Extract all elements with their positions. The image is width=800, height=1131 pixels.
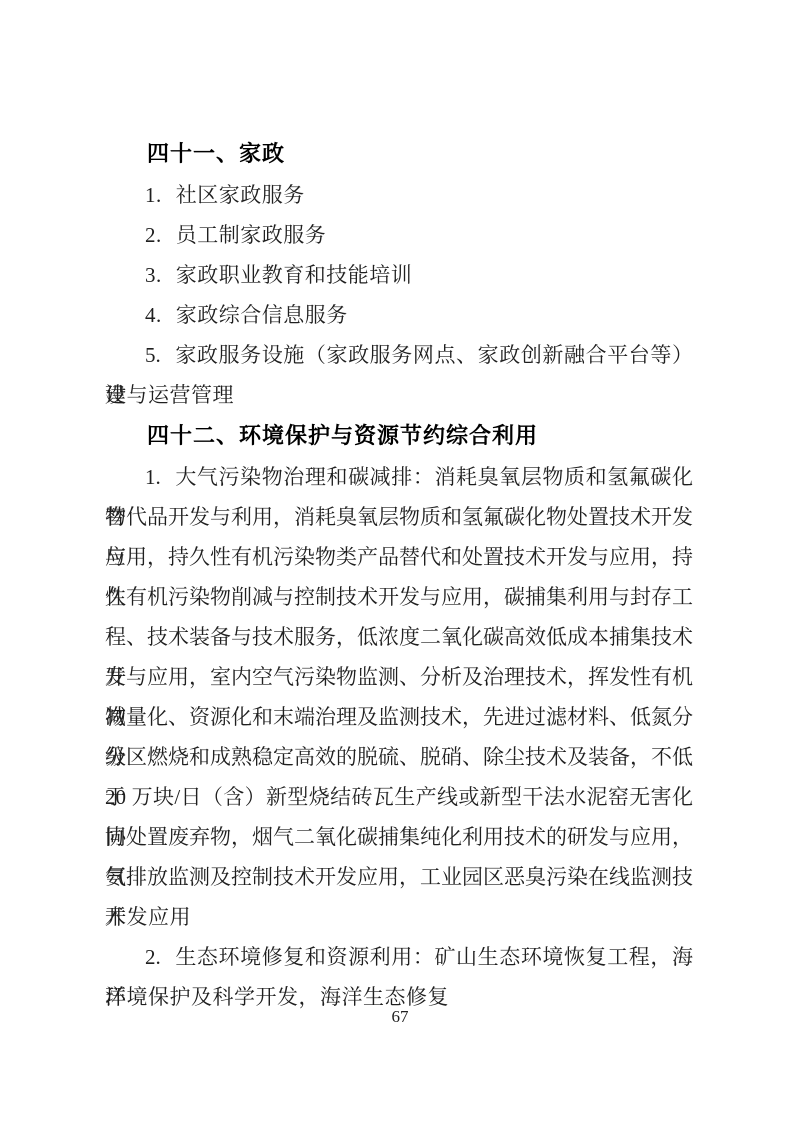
text-block: 四十一、家政 1.社区家政服务 2.员工制家政服务 3.家政职业教育和技能培训 … bbox=[105, 133, 693, 1017]
list-item-continuation: 气排放监测及控制技术开发应用，工业园区恶臭污染在线监测技术 bbox=[105, 857, 693, 897]
page-number: 67 bbox=[0, 1005, 800, 1029]
item-number: 1. bbox=[145, 465, 161, 489]
list-item: 2.员工制家政服务 bbox=[105, 215, 693, 255]
item-text: 员工制家政服务 bbox=[176, 223, 327, 247]
list-item-continuation: 发与应用，室内空气污染物监测、分析及治理技术，挥发性有机物 bbox=[105, 657, 693, 697]
item-number: 2. bbox=[145, 223, 162, 247]
section-42-heading: 四十二、环境保护与资源节约综合利用 bbox=[105, 415, 693, 457]
list-item-continuation: 程、技术装备与技术服务，低浓度二氧化碳高效低成本捕集技术开 bbox=[105, 617, 693, 657]
item-number: 1. bbox=[145, 183, 162, 207]
list-item: 1.大气污染物治理和碳减排：消耗臭氧层物质和氢氟碳化物 bbox=[105, 457, 693, 497]
item-text: 家政综合信息服务 bbox=[176, 303, 348, 327]
list-item: 2.生态环境修复和资源利用：矿山生态环境恢复工程，海洋 bbox=[105, 937, 693, 977]
item-number: 5. bbox=[145, 343, 161, 367]
list-item-continuation: 分区燃烧和成熟稳定高效的脱硫、脱硝、除尘技术及装备，不低于 bbox=[105, 737, 693, 777]
list-item: 4.家政综合信息服务 bbox=[105, 295, 693, 335]
list-item-continuation: 减量化、资源化和末端治理及监测技术，先进过滤材料、低氮分级 bbox=[105, 697, 693, 737]
list-item: 1.社区家政服务 bbox=[105, 175, 693, 215]
document-page: 四十一、家政 1.社区家政服务 2.员工制家政服务 3.家政职业教育和技能培训 … bbox=[0, 0, 800, 1131]
list-item: 5.家政服务设施（家政服务网点、家政创新融合平台等）建 bbox=[105, 335, 693, 375]
list-item: 3.家政职业教育和技能培训 bbox=[105, 255, 693, 295]
item-number: 3. bbox=[145, 263, 162, 287]
list-item-continuation: 同处置废弃物，烟气二氧化碳捕集纯化利用技术的研发与应用，氨 bbox=[105, 817, 693, 857]
list-item-continuation: 开发应用 bbox=[105, 897, 693, 937]
list-item-continuation: 替代品开发与利用，消耗臭氧层物质和氢氟碳化物处置技术开发与 bbox=[105, 497, 693, 537]
item-text: 家政职业教育和技能培训 bbox=[176, 263, 413, 287]
item-number: 4. bbox=[145, 303, 162, 327]
list-item-continuation: 性有机污染物削减与控制技术开发与应用，碳捕集利用与封存工 bbox=[105, 577, 693, 617]
item-text: 社区家政服务 bbox=[176, 183, 305, 207]
section-41-heading: 四十一、家政 bbox=[105, 133, 693, 175]
item-number: 2. bbox=[145, 945, 161, 969]
list-item-continuation: 20 万块/日（含）新型烧结砖瓦生产线或新型干法水泥窑无害化协 bbox=[105, 777, 693, 817]
list-item-continuation: 设与运营管理 bbox=[105, 375, 693, 415]
list-item-continuation: 应用，持久性有机污染物类产品替代和处置技术开发与应用，持久 bbox=[105, 537, 693, 577]
